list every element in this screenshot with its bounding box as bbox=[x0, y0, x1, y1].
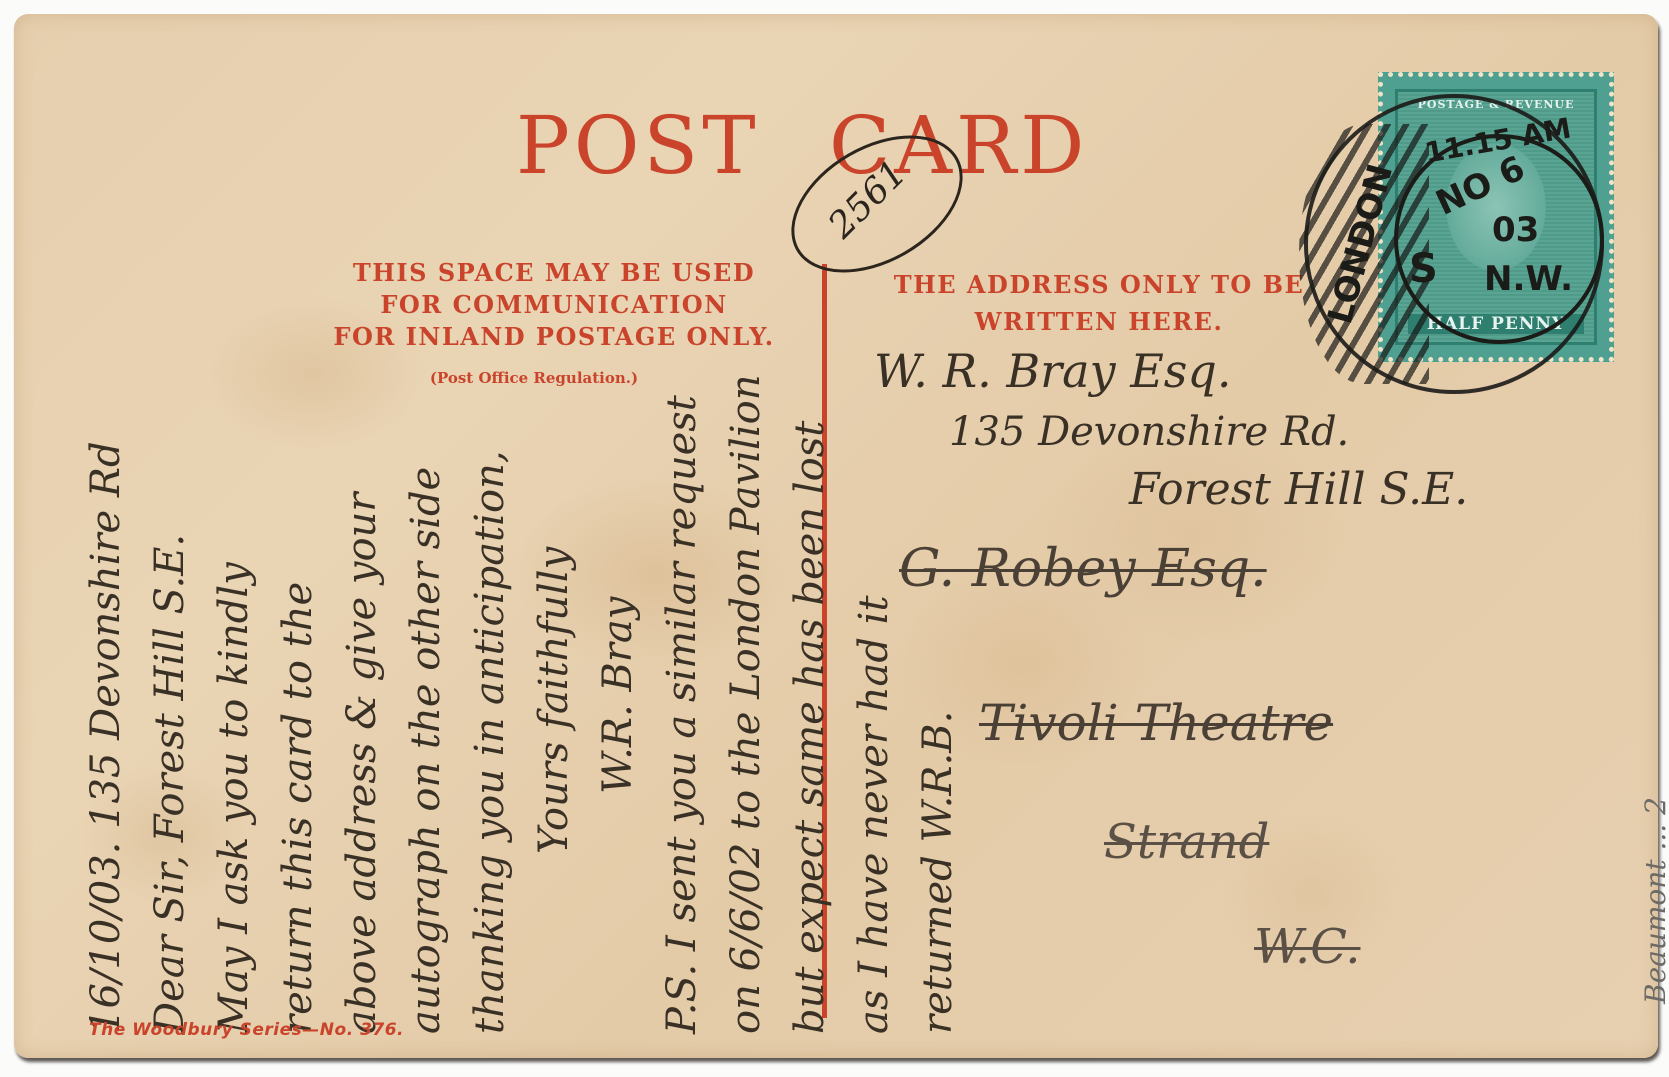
address-line-name: W. R. Bray Esq. bbox=[874, 344, 1231, 398]
communication-notice-line: FOR COMMUNICATION bbox=[304, 289, 804, 321]
message-line: May I ask you to kindly bbox=[202, 375, 266, 1034]
message-line: Dear Sir, Forest Hill S.E. bbox=[138, 375, 202, 1034]
postcard-title: POST CARD bbox=[516, 106, 1088, 186]
address-notice: THE ADDRESS ONLY TO BE WRITTEN HERE. bbox=[874, 266, 1324, 340]
message-line: above address & give your bbox=[330, 375, 394, 1034]
communication-notice: THIS SPACE MAY BE USED FOR COMMUNICATION… bbox=[304, 257, 804, 353]
crossed-out-street: Strand bbox=[1104, 814, 1269, 870]
address-line-area: Forest Hill S.E. bbox=[1129, 464, 1468, 515]
message-line: thanking you in anticipation, bbox=[458, 375, 522, 1034]
communication-notice-line: FOR INLAND POSTAGE ONLY. bbox=[304, 321, 804, 353]
message-line: returned W.R.B. bbox=[906, 375, 970, 1034]
message-line: W.R. Bray bbox=[586, 375, 650, 1034]
message-line: but expect same has been lost bbox=[778, 375, 842, 1034]
message-line: 16/10/03. 135 Devonshire Rd bbox=[74, 375, 138, 1034]
address-notice-line: THE ADDRESS ONLY TO BE bbox=[874, 266, 1324, 303]
message-line: Yours faithfully bbox=[522, 375, 586, 1034]
address-line-street: 135 Devonshire Rd. bbox=[949, 409, 1349, 455]
message-line: return this card to the bbox=[266, 375, 330, 1034]
message-line: autograph on the other side bbox=[394, 375, 458, 1034]
crossed-out-name: G. Robey Esq. bbox=[899, 539, 1267, 599]
message-line: on 6/6/02 to the London Pavilion bbox=[714, 375, 778, 1034]
postmark-code: S bbox=[1409, 246, 1438, 292]
communication-notice-line: THIS SPACE MAY BE USED bbox=[304, 257, 804, 289]
publisher-footer: The Woodbury Series—No. 376. bbox=[89, 1020, 404, 1040]
message-line: P.S. I sent you a similar request bbox=[650, 375, 714, 1034]
address-notice-line: WRITTEN HERE. bbox=[874, 303, 1324, 340]
crossed-out-venue: Tivoli Theatre bbox=[979, 694, 1333, 752]
handwritten-message: 16/10/03. 135 Devonshire Rd Dear Sir, Fo… bbox=[74, 375, 970, 1034]
message-line: as I have never had it bbox=[842, 375, 906, 1034]
pencil-note: Beaumont ... 2 bbox=[1639, 797, 1669, 1004]
postmark-district: N.W. bbox=[1484, 259, 1573, 299]
postcard: POST CARD THIS SPACE MAY BE USED FOR COM… bbox=[14, 14, 1658, 1058]
postmark-year: 03 bbox=[1492, 210, 1539, 250]
crossed-out-district: W.C. bbox=[1254, 919, 1360, 975]
